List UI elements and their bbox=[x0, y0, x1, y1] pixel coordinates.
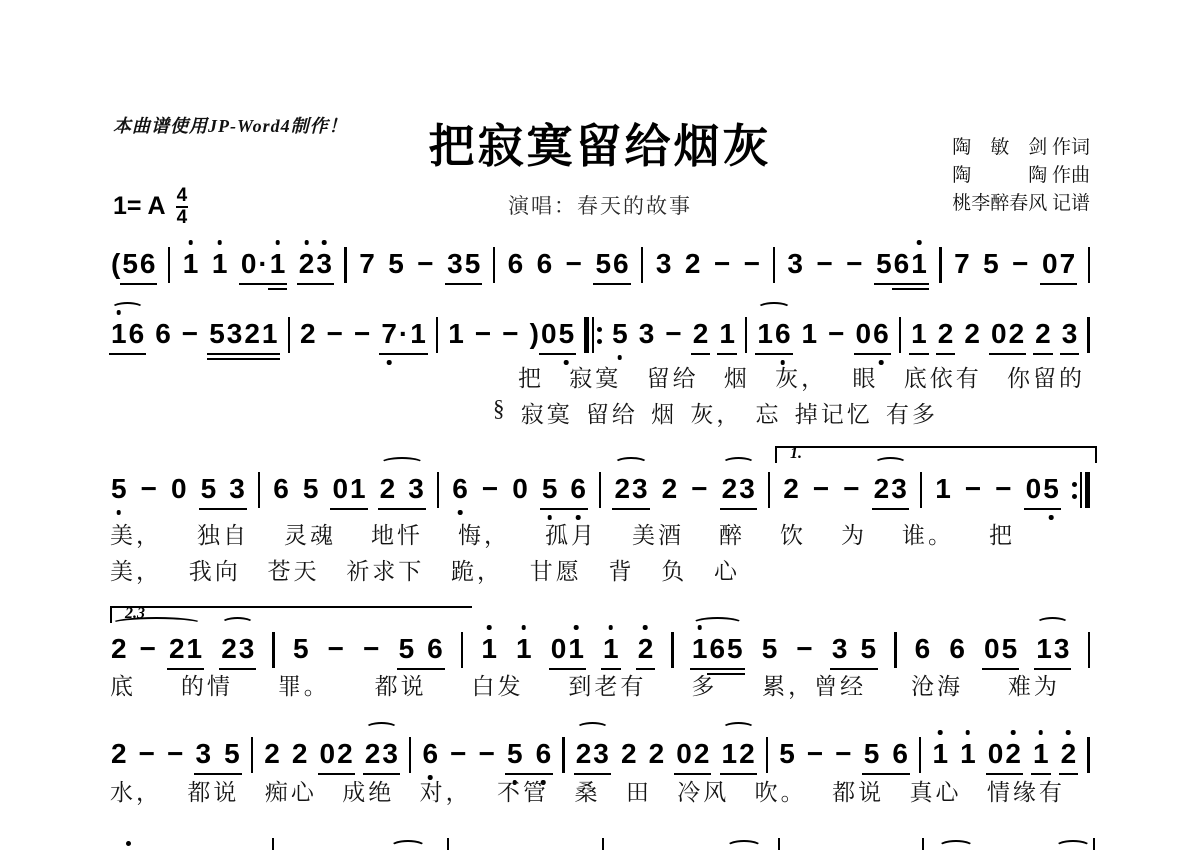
note-char: 2 bbox=[364, 738, 382, 770]
clipped-barline bbox=[1093, 838, 1095, 850]
note-cell: 2 bbox=[299, 318, 317, 350]
barline bbox=[493, 247, 495, 283]
note-cell: − bbox=[994, 473, 1012, 505]
duration-underline bbox=[463, 283, 483, 285]
note-char: − bbox=[166, 738, 184, 770]
lyric-syllable: 跪， bbox=[451, 553, 503, 586]
note-char: 3 bbox=[226, 318, 244, 350]
lyric-syllable: 谁。 bbox=[902, 517, 954, 550]
note-cell: 1 bbox=[182, 248, 200, 280]
note-cell: − bbox=[743, 248, 761, 280]
note-char: 2 bbox=[1004, 738, 1022, 770]
duration-underline bbox=[1058, 283, 1078, 285]
note-cell: 7·1 bbox=[380, 318, 426, 350]
lyric-syllable: 醉 bbox=[719, 517, 745, 550]
credits-block: 陶 敏 剑 作词 陶 陶 作曲 桃李醉春风 记谱 bbox=[952, 134, 1090, 218]
note-char: − bbox=[501, 318, 519, 350]
note-char: 6 bbox=[139, 248, 157, 280]
barline bbox=[437, 472, 439, 508]
note-char: 2 bbox=[1008, 318, 1026, 350]
credit-lyricist: 陶 敏 剑 作词 bbox=[952, 134, 1090, 162]
note-cell: − bbox=[326, 318, 344, 350]
note-char: 3 bbox=[631, 473, 649, 505]
lyric-syllable: 灰， bbox=[775, 360, 827, 393]
note-char: 3 bbox=[1061, 318, 1079, 350]
barline bbox=[1087, 317, 1089, 353]
beam-space bbox=[157, 633, 168, 665]
clipped-barline bbox=[778, 838, 780, 850]
note-cell: − bbox=[834, 738, 852, 770]
clipped-octave-dot bbox=[126, 841, 131, 846]
lyric-syllable: 冷风 bbox=[677, 774, 729, 807]
note-cell: 2 bbox=[782, 473, 800, 505]
note-cell: 3 5 bbox=[831, 633, 877, 665]
note-cell: 7 bbox=[953, 248, 971, 280]
note-cell: 1 bbox=[959, 738, 977, 770]
note-char: · bbox=[398, 318, 409, 350]
note-char: 5 bbox=[611, 318, 629, 350]
note-char: 6 bbox=[128, 318, 146, 350]
note-cell: − bbox=[478, 738, 496, 770]
note-char: 1 bbox=[261, 318, 279, 350]
note-char: 5 bbox=[875, 248, 893, 280]
time-denominator: 4 bbox=[177, 208, 188, 228]
note-char: 3 bbox=[407, 473, 425, 505]
clipped-tie-arc bbox=[390, 840, 426, 850]
note-char: 0 bbox=[1041, 248, 1059, 280]
note-char: 1 bbox=[1032, 738, 1050, 770]
note-cell: 2 − 21 bbox=[110, 633, 203, 665]
note-cell: − bbox=[815, 248, 833, 280]
barline bbox=[773, 247, 775, 283]
note-char: 1 bbox=[567, 633, 585, 665]
duration-underline bbox=[1007, 353, 1027, 355]
lyric-syllable: 美， bbox=[110, 553, 162, 586]
lyric-syllable: 成绝 bbox=[342, 774, 394, 807]
note-char: − bbox=[713, 248, 731, 280]
note-char: − bbox=[326, 318, 344, 350]
beam-space bbox=[415, 633, 426, 665]
duration-underline bbox=[260, 353, 280, 355]
tie-arc bbox=[365, 722, 398, 735]
lyric-syllable: 吹。 bbox=[755, 774, 807, 807]
volta-label: 1. bbox=[790, 445, 802, 463]
note-char: 2 bbox=[220, 633, 238, 665]
lyric-syllable: 对， bbox=[420, 774, 472, 807]
note-char: 2 bbox=[721, 473, 739, 505]
note-char: − bbox=[353, 318, 371, 350]
barline-thick bbox=[584, 317, 589, 353]
note-char: − bbox=[139, 633, 157, 665]
note-cell: 5 bbox=[761, 633, 779, 665]
note-char: 5 bbox=[464, 248, 482, 280]
note-char: − bbox=[827, 318, 845, 350]
barline bbox=[671, 632, 673, 668]
barline bbox=[766, 737, 768, 773]
duration-underline bbox=[773, 353, 793, 355]
note-char: 1 bbox=[910, 318, 928, 350]
note-char: 1 bbox=[515, 633, 533, 665]
tie-arc bbox=[576, 722, 609, 735]
note-char: 1 bbox=[269, 248, 287, 280]
note-char: 6 bbox=[914, 633, 932, 665]
note-cell: − bbox=[664, 318, 682, 350]
key-label: 1= A bbox=[113, 192, 166, 221]
lyric-syllable: 都说 bbox=[832, 774, 884, 807]
note-char: 6 bbox=[891, 738, 909, 770]
note-char: 2 bbox=[637, 633, 655, 665]
barline bbox=[562, 737, 564, 773]
note-char: 5 bbox=[594, 248, 612, 280]
tie-arc bbox=[380, 457, 424, 470]
note-char: − bbox=[362, 633, 380, 665]
duration-underline bbox=[871, 353, 891, 355]
note-char: 5 bbox=[506, 738, 524, 770]
notes-row: 166−53212−−7·11−−)0553−21161−061220223 bbox=[110, 318, 1090, 353]
lyric-syllable: 桑 bbox=[574, 774, 600, 807]
note-cell: 5 3 bbox=[200, 473, 246, 505]
note-char: 0 bbox=[319, 738, 337, 770]
notation-line: 166−53212−−7·11−−)0553−21161−061220223 bbox=[110, 318, 1090, 353]
volta-label: 2.3 bbox=[125, 605, 145, 623]
lyric-syllable: 到老有 bbox=[568, 668, 646, 701]
note-char: 5 bbox=[292, 633, 310, 665]
lyric-syllable: 忘 bbox=[756, 396, 782, 429]
lyric-line: 底的情罪。都说白发到老有多累，曾经沧海难为 bbox=[110, 668, 1060, 701]
note-char: 1 bbox=[756, 318, 774, 350]
note-cell: 6 bbox=[451, 473, 469, 505]
note-char: 1 bbox=[447, 318, 465, 350]
note-char: − bbox=[994, 473, 1012, 505]
note-cell: 1 bbox=[910, 318, 928, 350]
note-char: 2 bbox=[336, 738, 354, 770]
notes-row: 5−05 365012 36−05 6232−232−−231−−05 bbox=[110, 473, 1090, 508]
note-cell: 2 bbox=[963, 318, 981, 350]
note-char: − bbox=[815, 248, 833, 280]
repeat-dots bbox=[1072, 472, 1077, 508]
lyric-syllable: 沧海 bbox=[911, 668, 963, 701]
duration-underline bbox=[348, 508, 368, 510]
note-char: 6 bbox=[569, 473, 587, 505]
note-cell: 02 bbox=[319, 738, 354, 770]
note-char: 1 bbox=[959, 738, 977, 770]
note-char: 2 bbox=[110, 738, 128, 770]
note-cell: 1 bbox=[718, 318, 736, 350]
barline bbox=[436, 317, 438, 353]
tie-arc bbox=[1036, 617, 1069, 630]
note-cell: 0 bbox=[170, 473, 188, 505]
lyric-syllable: 烟 bbox=[651, 396, 677, 429]
note-cell: 05 bbox=[983, 633, 1018, 665]
barline bbox=[409, 737, 411, 773]
note-cell: 2 bbox=[937, 318, 955, 350]
lyric-syllable: 累，曾经 bbox=[762, 668, 866, 701]
note-char: 3 bbox=[446, 248, 464, 280]
note-cell: 12 bbox=[721, 738, 756, 770]
note-char: 5 bbox=[302, 473, 320, 505]
note-char: 3 bbox=[638, 318, 656, 350]
note-cell: − bbox=[845, 248, 863, 280]
time-numerator: 4 bbox=[176, 186, 189, 208]
note-char: 0 bbox=[987, 738, 1005, 770]
duration-underline bbox=[227, 508, 247, 510]
note-char: − bbox=[795, 633, 813, 665]
note-char: 3 bbox=[315, 248, 333, 280]
lyric-syllable: 把 bbox=[989, 517, 1015, 550]
note-cell: 2 bbox=[1034, 318, 1052, 350]
note-char: 2 bbox=[298, 248, 316, 280]
note-cell: )05 bbox=[529, 318, 575, 350]
note-char: 1 bbox=[801, 318, 819, 350]
note-cell: 2 bbox=[1060, 738, 1078, 770]
note-cell: 5 bbox=[292, 633, 310, 665]
note-char: 5 bbox=[1001, 633, 1019, 665]
lyric-syllable: 掉记忆 bbox=[795, 396, 873, 429]
barline bbox=[899, 317, 901, 353]
note-char: 1 bbox=[910, 248, 928, 280]
note-cell: 5 6 bbox=[541, 473, 587, 505]
note-char: 2 bbox=[620, 738, 638, 770]
barline bbox=[1087, 737, 1089, 773]
note-char: 2 bbox=[613, 473, 631, 505]
note-char: 6 bbox=[272, 473, 290, 505]
note-char: ) bbox=[529, 318, 540, 350]
note-cell: − bbox=[181, 318, 199, 350]
lyric-syllable: 把 bbox=[518, 360, 544, 393]
note-char: 2 bbox=[291, 738, 309, 770]
note-char: 5 bbox=[541, 473, 559, 505]
note-char: 2 bbox=[575, 738, 593, 770]
lyric-syllable: 美， bbox=[110, 517, 162, 550]
note-cell: 05 bbox=[1025, 473, 1060, 505]
lyric-syllable: 底 bbox=[110, 668, 136, 701]
duration-underline bbox=[909, 283, 929, 285]
note-cell: 3 bbox=[786, 248, 804, 280]
note-cell: 165 bbox=[691, 633, 744, 665]
note-cell: 3 5 bbox=[195, 738, 241, 770]
barline bbox=[258, 472, 260, 508]
note-cell: 6 bbox=[272, 473, 290, 505]
note-char: 3 bbox=[381, 738, 399, 770]
note-char: − bbox=[474, 318, 492, 350]
lyric-syllable: 眼 bbox=[852, 360, 878, 393]
note-cell: 5 bbox=[611, 318, 629, 350]
note-cell: 13 bbox=[1035, 633, 1070, 665]
barline bbox=[344, 247, 346, 283]
note-char: 6 bbox=[536, 248, 554, 280]
volta-bracket: 2.3 bbox=[110, 606, 472, 623]
note-char: 6 bbox=[893, 248, 911, 280]
duration-underline bbox=[889, 508, 909, 510]
note-char: 5 bbox=[1042, 473, 1060, 505]
note-cell: 5 6 bbox=[506, 738, 552, 770]
note-char: 3 bbox=[1053, 633, 1071, 665]
note-char: 5 bbox=[982, 248, 1000, 280]
notation-line: 5−05 365012 36−05 6232−232−−231−−051. bbox=[110, 473, 1090, 508]
note-cell: 1 bbox=[1032, 738, 1050, 770]
note-cell: 23 bbox=[873, 473, 908, 505]
duration-underline bbox=[557, 353, 577, 355]
note-char: 0 bbox=[540, 318, 558, 350]
note-char: 2 bbox=[648, 738, 666, 770]
note-char: 2 bbox=[263, 738, 281, 770]
note-cell: − bbox=[690, 473, 708, 505]
note-cell: − bbox=[327, 633, 345, 665]
note-char: 2 bbox=[243, 318, 261, 350]
lyric-syllable: 我向 bbox=[189, 553, 241, 586]
note-char: 1 bbox=[934, 473, 952, 505]
note-char: 2 bbox=[684, 248, 702, 280]
note-char: 5 bbox=[726, 633, 744, 665]
note-cell: − bbox=[501, 318, 519, 350]
note-char: 5 bbox=[398, 633, 416, 665]
note-cell: 02 bbox=[990, 318, 1025, 350]
credit-transcriber: 桃李醉春风 记谱 bbox=[952, 190, 1090, 218]
notation-line: 2 − 21235−−5 61101121655−3 56605132.3 bbox=[110, 633, 1090, 668]
barline-thin bbox=[1080, 472, 1082, 508]
note-char: 0 bbox=[240, 248, 258, 280]
note-cell: 1 bbox=[515, 633, 533, 665]
note-cell: 2 bbox=[684, 248, 702, 280]
tie-arc bbox=[722, 722, 755, 735]
note-cell: − bbox=[713, 248, 731, 280]
lyric-syllable: 寂寞 bbox=[569, 360, 621, 393]
note-char: 1 bbox=[211, 248, 229, 280]
note-char: 5 bbox=[110, 473, 128, 505]
note-char: 6 bbox=[421, 738, 439, 770]
duration-underline bbox=[406, 508, 426, 510]
clipped-tie-arc bbox=[938, 840, 974, 850]
barline-thick bbox=[1085, 472, 1090, 508]
duration-underline bbox=[611, 283, 631, 285]
note-cell: − bbox=[806, 738, 824, 770]
note-cell: 2 bbox=[648, 738, 666, 770]
notes-row: 2 − 21235−−5 61101121655−3 5660513 bbox=[110, 633, 1090, 668]
note-cell: 5 6 bbox=[398, 633, 444, 665]
note-cell: 1 bbox=[480, 633, 498, 665]
duration-underline bbox=[568, 508, 588, 510]
duration-underline bbox=[909, 288, 929, 290]
note-cell: 6 bbox=[421, 738, 439, 770]
note-cell: 2 3 bbox=[379, 473, 425, 505]
note-cell: − bbox=[565, 248, 583, 280]
duration-underline bbox=[1060, 353, 1080, 355]
notes-row: 2−−3 52202236−−5 6232202125−−5 6110212 bbox=[110, 738, 1090, 773]
repeat-end-barline bbox=[1072, 472, 1090, 508]
note-cell: 01 bbox=[550, 633, 585, 665]
barline bbox=[768, 472, 770, 508]
note-cell: 3 bbox=[1061, 318, 1079, 350]
note-char: 3 bbox=[238, 633, 256, 665]
lyric-syllable: 孤月 bbox=[545, 517, 597, 550]
lyric-syllable: 真心 bbox=[909, 774, 961, 807]
segno-sign: § bbox=[493, 396, 508, 429]
lyric-syllable: 为 bbox=[841, 517, 867, 550]
lyric-syllable: 有多 bbox=[886, 396, 938, 429]
duration-underline bbox=[314, 283, 334, 285]
note-char: 0 bbox=[675, 738, 693, 770]
note-char: 1 bbox=[182, 248, 200, 280]
note-char: − bbox=[690, 473, 708, 505]
score-page: 本曲谱使用JP-Word4制作！ 把寂寞留给烟灰 演唱：春天的故事 陶 敏 剑 … bbox=[0, 0, 1200, 850]
note-char: 2 bbox=[692, 318, 710, 350]
barline bbox=[251, 737, 253, 773]
note-cell: − bbox=[827, 318, 845, 350]
note-cell: 06 bbox=[855, 318, 890, 350]
note-char: 6 bbox=[451, 473, 469, 505]
note-char: − bbox=[845, 248, 863, 280]
lyric-syllable: 田 bbox=[626, 774, 652, 807]
lyric-syllable: 不管 bbox=[497, 774, 549, 807]
credit-composer: 陶 陶 作曲 bbox=[952, 162, 1090, 190]
note-char: − bbox=[140, 473, 158, 505]
note-char: − bbox=[842, 473, 860, 505]
note-char: − bbox=[478, 738, 496, 770]
note-cell: 2 bbox=[291, 738, 309, 770]
duration-underline bbox=[408, 353, 428, 355]
note-char: 5 bbox=[778, 738, 796, 770]
duration-underline bbox=[936, 353, 956, 355]
note-cell: 6 bbox=[948, 633, 966, 665]
note-cell: 6 bbox=[536, 248, 554, 280]
note-char: − bbox=[806, 738, 824, 770]
note-cell: 2 bbox=[110, 738, 128, 770]
clipped-barline bbox=[447, 838, 449, 850]
note-char: 2 bbox=[963, 318, 981, 350]
note-cell: − bbox=[842, 473, 860, 505]
beam-space bbox=[848, 633, 859, 665]
lyric-syllable: 都说 bbox=[375, 668, 427, 701]
barline bbox=[288, 317, 290, 353]
note-cell: (56 bbox=[110, 248, 156, 280]
duration-underline bbox=[127, 353, 147, 355]
lyric-syllable: 留给 bbox=[586, 396, 638, 429]
note-cell: 02 bbox=[675, 738, 710, 770]
beam-space bbox=[558, 473, 569, 505]
note-cell: − bbox=[140, 473, 158, 505]
note-char: 5 bbox=[558, 318, 576, 350]
note-cell: − bbox=[1011, 248, 1029, 280]
duration-underline bbox=[1033, 353, 1053, 355]
note-cell: 5 bbox=[302, 473, 320, 505]
tie-arc bbox=[722, 457, 755, 470]
beam-space bbox=[128, 633, 139, 665]
note-char: 5 bbox=[200, 473, 218, 505]
lyric-syllable: 悔， bbox=[458, 517, 510, 550]
lyric-syllable: 灰， bbox=[690, 396, 742, 429]
note-char: 1 bbox=[1035, 633, 1053, 665]
note-char: 2 bbox=[661, 473, 679, 505]
clipped-tie-arc bbox=[1055, 840, 1091, 850]
note-cell: 2 bbox=[692, 318, 710, 350]
lyric-syllable: 灵魂 bbox=[284, 517, 336, 550]
lyric-syllable: 底依有 bbox=[904, 360, 982, 393]
note-cell: 23 bbox=[721, 473, 756, 505]
barline bbox=[641, 247, 643, 283]
duration-underline bbox=[268, 283, 288, 285]
barline bbox=[168, 247, 170, 283]
note-char: 1 bbox=[931, 738, 949, 770]
tie-arc bbox=[757, 302, 790, 315]
duration-underline bbox=[260, 358, 280, 360]
duration-underline bbox=[909, 353, 929, 355]
lyric-syllable: 痴心 bbox=[265, 774, 317, 807]
lyric-syllable: 美酒 bbox=[632, 517, 684, 550]
duration-underline bbox=[717, 353, 737, 355]
lyric-syllable: 苍天 bbox=[268, 553, 320, 586]
note-cell: 5 bbox=[387, 248, 405, 280]
lyric-syllable: 难为 bbox=[1008, 668, 1060, 701]
